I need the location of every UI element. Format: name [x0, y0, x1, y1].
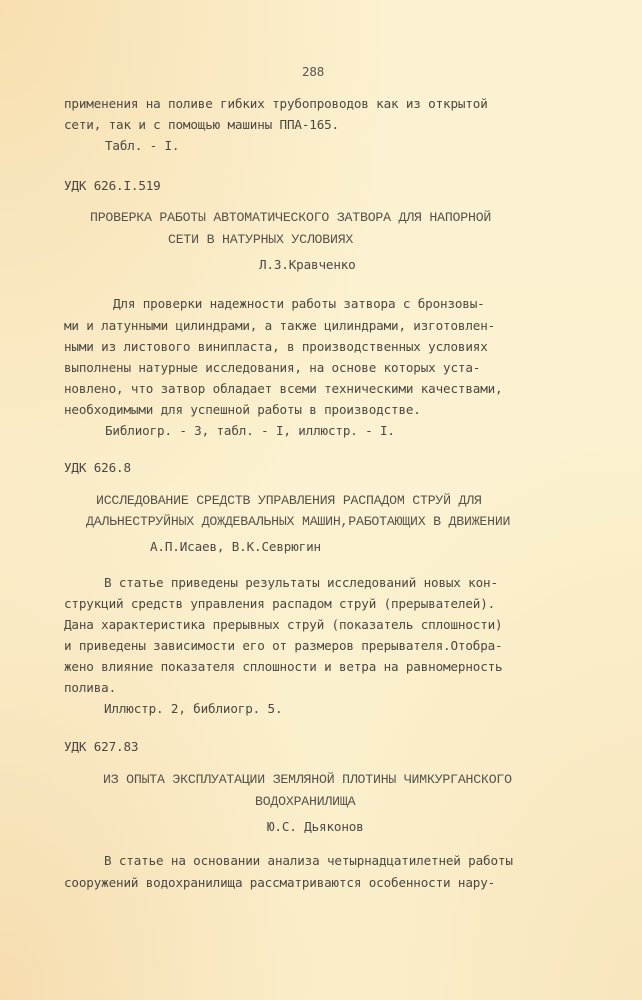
abstract-line: В статье приведены результаты исследован…	[104, 577, 498, 590]
abstract-line: сооружений водохранилища рассматриваются…	[64, 877, 495, 890]
article-title-line: ИЗ ОПЫТА ЭКСПЛУАТАЦИИ ЗЕМЛЯНОЙ ПЛОТИНЫ Ч…	[103, 773, 512, 786]
abstract-line: В статье на основании анализа четырнадца…	[104, 855, 513, 868]
page-number: 288	[302, 66, 324, 79]
abstract-line: струкций средств управления распадом стр…	[64, 598, 495, 611]
abstract-line: выполнены натурные исследования, на осно…	[64, 362, 480, 375]
article-title-line: ИССЛЕДОВАНИЕ СРЕДСТВ УПРАВЛЕНИЯ РАСПАДОМ…	[96, 494, 482, 507]
abstract-line: и приведены зависимости его от размеров …	[64, 640, 503, 653]
udc-code: УДК 626.8	[64, 462, 131, 475]
article-note: Иллюстр. 2, библиогр. 5.	[104, 703, 282, 716]
article-authors: Л.З.Кравченко	[259, 259, 356, 272]
article-authors: Ю.С. Дьяконов	[267, 821, 364, 834]
abstract-line: полива.	[64, 682, 116, 695]
abstract-line: ными из листового винипласта, в производ…	[64, 341, 488, 354]
document-page: 288 применения на поливе гибких трубопро…	[0, 0, 642, 1000]
article-note: Библиогр. - 3, табл. - I, иллюстр. - I.	[105, 425, 395, 438]
article-title-line: ПРОВЕРКА РАБОТЫ АВТОМАТИЧЕСКОГО ЗАТВОРА …	[90, 211, 491, 224]
continuation-line: применения на поливе гибких трубопроводо…	[64, 98, 488, 111]
abstract-line: Для проверки надежности работы затвора с…	[113, 298, 485, 311]
article-title-line: ВОДОХРАНИЛИЩА	[255, 795, 355, 808]
abstract-line: жено влияние показателя сплошности и вет…	[64, 661, 503, 674]
abstract-line: Дана характеристика прерывных струй (пок…	[64, 619, 503, 632]
article-authors: А.П.Исаев, В.К.Севрюгин	[150, 541, 321, 554]
udc-code: УДК 627.83	[64, 741, 138, 754]
article-title-line: СЕТИ В НАТУРНЫХ УСЛОВИЯХ	[168, 233, 353, 246]
article-title-line: ДАЛЬНЕСТРУЙНЫХ ДОЖДЕВАЛЬНЫХ МАШИН,РАБОТА…	[86, 515, 510, 528]
udc-code: УДК 626.I.519	[64, 180, 161, 193]
continuation-line: сети, так и с помощью машины ППА-165.	[64, 119, 339, 132]
abstract-line: ми и латунными цилиндрами, а также цилин…	[64, 320, 495, 333]
continuation-note: Табл. - I.	[105, 140, 179, 153]
abstract-line: новлено, что затвор обладает всеми техни…	[64, 383, 503, 396]
abstract-line: необходимыми для успешной работы в произ…	[64, 404, 421, 417]
